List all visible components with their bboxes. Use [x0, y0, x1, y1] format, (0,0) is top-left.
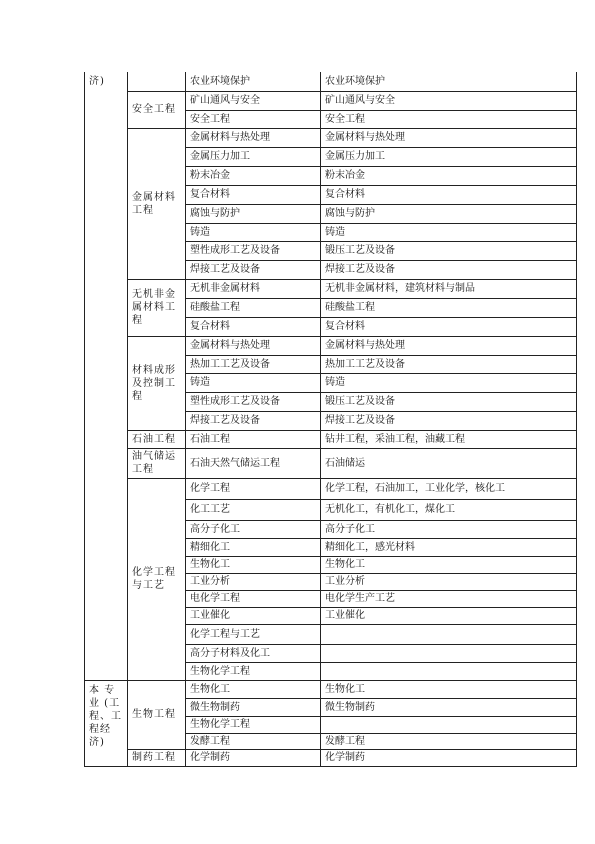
- equivalent-major-cell: 锻压工艺及设备: [321, 392, 577, 411]
- major-name-cell: 微生物制药: [186, 698, 321, 716]
- equivalent-major-cell: 钻井工程，采油工程，油藏工程: [321, 430, 577, 448]
- table-row: 油气储运工程石油天然气储运工程石油储运: [85, 448, 577, 478]
- major-group-cell: 无机非金属材料工程: [128, 279, 186, 336]
- major-group-cell: 油气储运工程: [128, 448, 186, 478]
- major-name-cell: 高分子化工: [186, 520, 321, 538]
- major-name-cell: 石油工程: [186, 430, 321, 448]
- table-row: 制药工程化学制药化学制药: [85, 749, 577, 766]
- major-group-cell: 化学工程与工艺: [128, 478, 186, 680]
- equivalent-major-cell: 粉末冶金: [321, 166, 577, 185]
- table-row: 化学工程与工艺化学工程化学工程，石油加工，工业化学，核化工: [85, 478, 577, 499]
- equivalent-major-cell: [321, 644, 577, 662]
- equivalent-major-cell: 高分子化工: [321, 520, 577, 538]
- major-name-cell: 化学工程与工艺: [186, 624, 321, 644]
- equivalent-major-cell: 化学工程，石油加工，工业化学，核化工: [321, 478, 577, 499]
- table-row: 济)农业环境保护农业环境保护: [85, 72, 577, 91]
- equivalent-major-cell: 安全工程: [321, 110, 577, 128]
- major-name-cell: 精细化工: [186, 538, 321, 556]
- equivalent-major-cell: 矿山通风与安全: [321, 91, 577, 110]
- equivalent-major-cell: 硅酸盐工程: [321, 298, 577, 317]
- equivalent-major-cell: 无机非金属材料，建筑材料与制品: [321, 279, 577, 298]
- equivalent-major-cell: 生物化工: [321, 680, 577, 698]
- major-name-cell: 化学制药: [186, 749, 321, 766]
- table-row: 安全工程矿山通风与安全矿山通风与安全: [85, 91, 577, 110]
- major-name-cell: 工业催化: [186, 607, 321, 624]
- major-name-cell: 工业分析: [186, 573, 321, 590]
- table-row: 石油工程石油工程钻井工程，采油工程，油藏工程: [85, 430, 577, 448]
- equivalent-major-cell: 电化学生产工艺: [321, 590, 577, 607]
- major-name-cell: 发酵工程: [186, 733, 321, 749]
- table-row: 材料成形及控制工程金属材料与热处理金属材料与热处理: [85, 336, 577, 355]
- major-name-cell: 铸造: [186, 373, 321, 392]
- major-name-cell: 热加工工艺及设备: [186, 355, 321, 373]
- major-group-cell: 材料成形及控制工程: [128, 336, 186, 430]
- equivalent-major-cell: 金属材料与热处理: [321, 336, 577, 355]
- major-name-cell: 生物化学工程: [186, 662, 321, 680]
- major-name-cell: 焊接工艺及设备: [186, 260, 321, 279]
- majors-table-body: 济)农业环境保护农业环境保护安全工程矿山通风与安全矿山通风与安全安全工程安全工程…: [85, 72, 577, 766]
- major-group-cell: 石油工程: [128, 430, 186, 448]
- major-group-cell: 安全工程: [128, 91, 186, 128]
- equivalent-major-cell: 铸造: [321, 373, 577, 392]
- equivalent-major-cell: 无机化工，有机化工，煤化工: [321, 499, 577, 520]
- equivalent-major-cell: [321, 716, 577, 733]
- major-name-cell: 电化学工程: [186, 590, 321, 607]
- equivalent-major-cell: 复合材料: [321, 185, 577, 204]
- table-row: 无机非金属材料工程无机非金属材料无机非金属材料，建筑材料与制品: [85, 279, 577, 298]
- major-name-cell: 金属材料与热处理: [186, 336, 321, 355]
- major-name-cell: 生物化工: [186, 556, 321, 573]
- major-name-cell: 化工工艺: [186, 499, 321, 520]
- equivalent-major-cell: 农业环境保护: [321, 72, 577, 91]
- equivalent-major-cell: [321, 624, 577, 644]
- major-group-cell: 生物工程: [128, 680, 186, 749]
- equivalent-major-cell: 发酵工程: [321, 733, 577, 749]
- major-name-cell: 腐蚀与防护: [186, 204, 321, 223]
- major-name-cell: 塑性成形工艺及设备: [186, 392, 321, 411]
- equivalent-major-cell: 金属压力加工: [321, 147, 577, 166]
- major-name-cell: 生物化学工程: [186, 716, 321, 733]
- majors-table: 济)农业环境保护农业环境保护安全工程矿山通风与安全矿山通风与安全安全工程安全工程…: [84, 72, 577, 767]
- major-name-cell: 金属材料与热处理: [186, 128, 321, 147]
- major-name-cell: 安全工程: [186, 110, 321, 128]
- equivalent-major-cell: 铸造: [321, 223, 577, 241]
- major-group-cell: 金属材料工程: [128, 128, 186, 279]
- major-name-cell: 化学工程: [186, 478, 321, 499]
- major-name-cell: 复合材料: [186, 185, 321, 204]
- equivalent-major-cell: 工业分析: [321, 573, 577, 590]
- equivalent-major-cell: 锻压工艺及设备: [321, 241, 577, 260]
- category-cell: 本 专 业 (工程、工程经济): [85, 680, 128, 766]
- major-name-cell: 石油天然气储运工程: [186, 448, 321, 478]
- major-group-cell: 制药工程: [128, 749, 186, 766]
- major-name-cell: 矿山通风与安全: [186, 91, 321, 110]
- major-name-cell: 生物化工: [186, 680, 321, 698]
- equivalent-major-cell: 微生物制药: [321, 698, 577, 716]
- equivalent-major-cell: 化学制药: [321, 749, 577, 766]
- table-row: 金属材料工程金属材料与热处理金属材料与热处理: [85, 128, 577, 147]
- equivalent-major-cell: 工业催化: [321, 607, 577, 624]
- table-row: 本 专 业 (工程、工程经济)生物工程生物化工生物化工: [85, 680, 577, 698]
- major-name-cell: 农业环境保护: [186, 72, 321, 91]
- major-name-cell: 金属压力加工: [186, 147, 321, 166]
- equivalent-major-cell: 石油储运: [321, 448, 577, 478]
- equivalent-major-cell: [321, 662, 577, 680]
- equivalent-major-cell: 热加工工艺及设备: [321, 355, 577, 373]
- equivalent-major-cell: 生物化工: [321, 556, 577, 573]
- major-name-cell: 粉末冶金: [186, 166, 321, 185]
- category-cell: 济): [85, 72, 128, 680]
- major-name-cell: 无机非金属材料: [186, 279, 321, 298]
- major-name-cell: 高分子材料及化工: [186, 644, 321, 662]
- equivalent-major-cell: 金属材料与热处理: [321, 128, 577, 147]
- equivalent-major-cell: 复合材料: [321, 317, 577, 336]
- major-group-cell: [128, 72, 186, 91]
- major-name-cell: 焊接工艺及设备: [186, 411, 321, 430]
- major-name-cell: 铸造: [186, 223, 321, 241]
- equivalent-major-cell: 精细化工，感光材料: [321, 538, 577, 556]
- equivalent-major-cell: 焊接工艺及设备: [321, 411, 577, 430]
- equivalent-major-cell: 腐蚀与防护: [321, 204, 577, 223]
- major-name-cell: 塑性成形工艺及设备: [186, 241, 321, 260]
- major-name-cell: 复合材料: [186, 317, 321, 336]
- equivalent-major-cell: 焊接工艺及设备: [321, 260, 577, 279]
- major-name-cell: 硅酸盐工程: [186, 298, 321, 317]
